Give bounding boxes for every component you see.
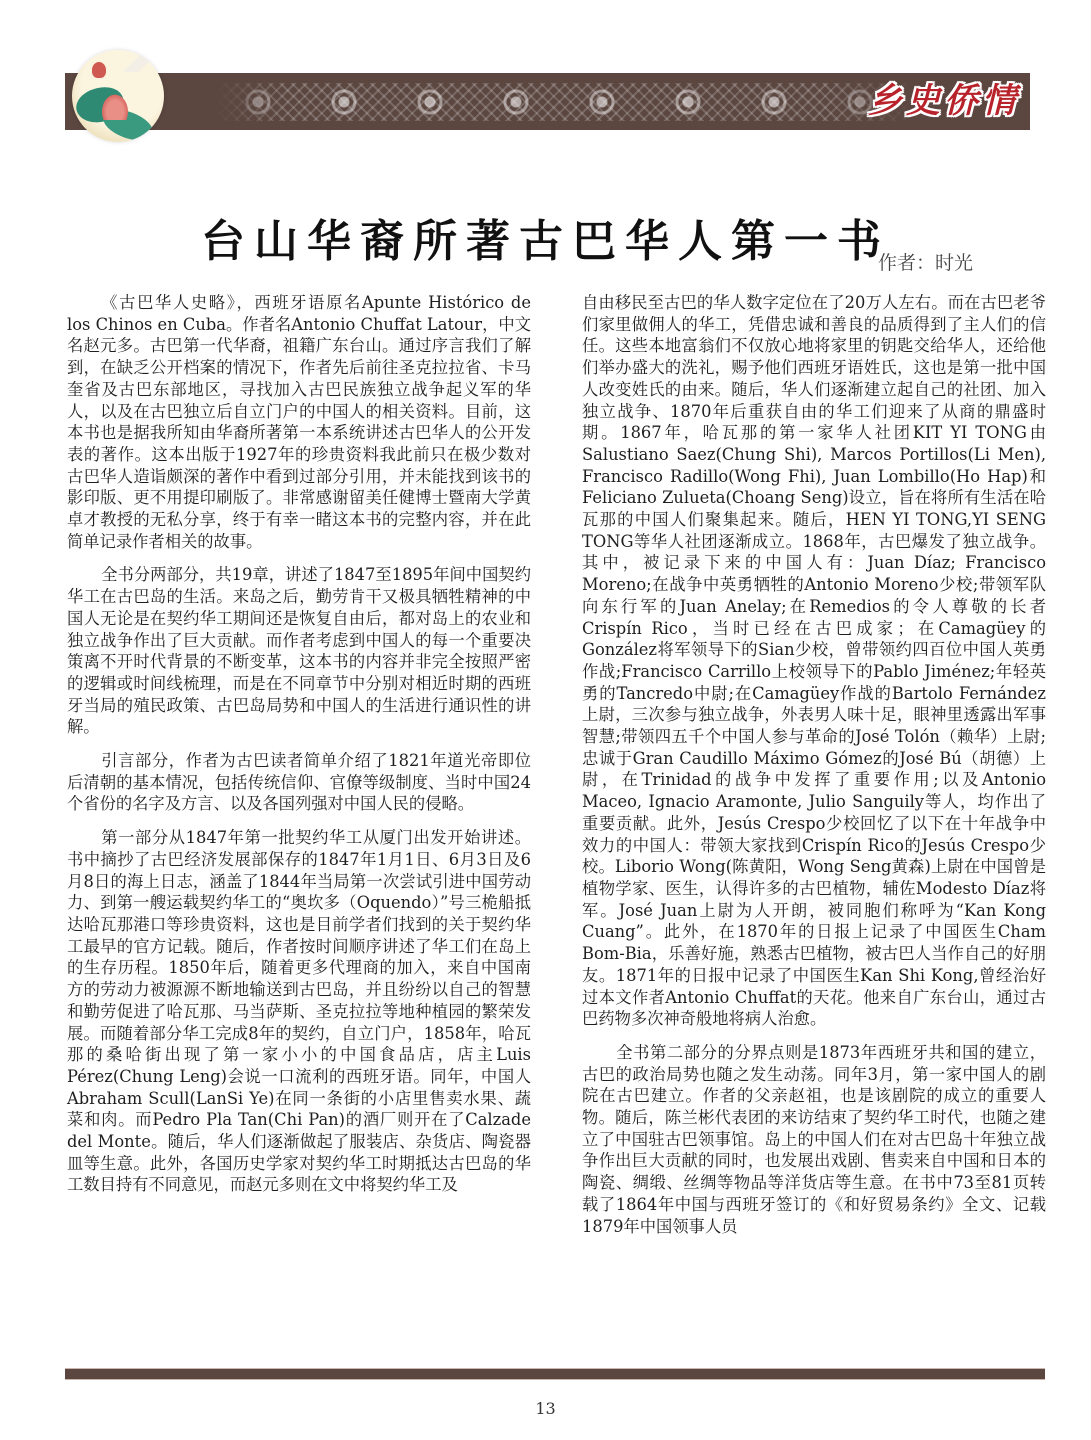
paragraph: 自由移民至古巴的华人数字定位在了20万人左右。而在古巴老爷们家里做佣人的华工，凭… xyxy=(582,292,1046,1030)
left-column: 《古巴华人史略》，西班牙语原名Apunte Histórico de los C… xyxy=(67,292,531,1208)
lotus-flower-icon xyxy=(100,92,130,120)
paragraph: 全书分两部分，共19章，讲述了1847至1895年间中国契约华工在古巴岛的生活。… xyxy=(67,564,531,738)
section-banner: 乡史侨情 xyxy=(65,73,1030,130)
right-column: 自由移民至古巴的华人数字定位在了20万人左右。而在古巴老爷们家里做佣人的华工，凭… xyxy=(582,292,1046,1249)
paragraph: 《古巴华人史略》，西班牙语原名Apunte Histórico de los C… xyxy=(67,292,531,552)
lotus-medallion-icon xyxy=(72,50,164,142)
paragraph: 第一部分从1847年第一批契约华工从厦门出发开始讲述。书中摘抄了古巴经济发展部保… xyxy=(67,827,531,1196)
lotus-bud-icon xyxy=(92,62,106,78)
footer-divider xyxy=(65,1368,1045,1380)
crane-icon xyxy=(124,50,154,72)
paragraph: 引言部分，作者为古巴读者简单介绍了1821年道光帝即位后清朝的基本情况，包括传统… xyxy=(67,750,531,815)
section-title: 乡史侨情 xyxy=(868,79,1020,124)
paragraph: 全书第二部分的分界点则是1873年西班牙共和国的建立，古巴的政治局势也随之发生动… xyxy=(582,1042,1046,1237)
ornament-pattern xyxy=(215,83,915,121)
page-number: 13 xyxy=(0,1399,1091,1418)
article-byline: 作者：时光 xyxy=(878,248,973,275)
